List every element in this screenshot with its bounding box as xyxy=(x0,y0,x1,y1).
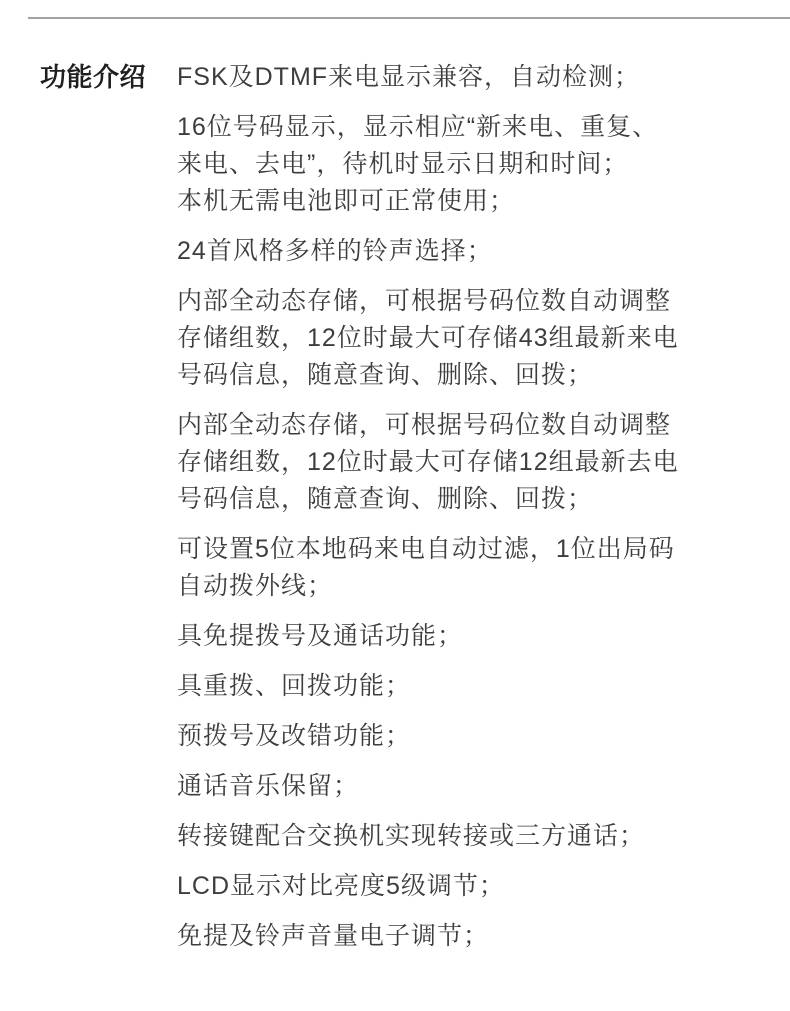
feature-intro-section: 功能介绍 FSK及DTMF来电显示兼容，自动检测； 16位号码显示，显示相应“新… xyxy=(40,59,707,955)
feature-item: LCD显示对比亮度5级调节； xyxy=(177,868,707,905)
feature-item: 转接键配合交换机实现转接或三方通话； xyxy=(177,818,707,855)
section-title: 功能介绍 xyxy=(40,59,177,96)
feature-item: 24首风格多样的铃声选择； xyxy=(177,233,707,270)
feature-item: 通话音乐保留； xyxy=(177,768,707,805)
feature-item: 内部全动态存储，可根据号码位数自动调整 存储组数，12位时最大可存储12组最新去… xyxy=(177,407,707,518)
feature-item: 16位号码显示，显示相应“新来电、重复、 来电、去电”，待机时显示日期和时间； … xyxy=(177,109,707,220)
section-divider xyxy=(28,17,790,19)
feature-item: 内部全动态存储，可根据号码位数自动调整 存储组数，12位时最大可存储43组最新来… xyxy=(177,283,707,394)
feature-item: 预拨号及改错功能； xyxy=(177,718,707,755)
feature-item: FSK及DTMF来电显示兼容，自动检测； xyxy=(177,59,707,96)
feature-item: 具免提拨号及通话功能； xyxy=(177,618,707,655)
product-detail-page: 功能介绍 FSK及DTMF来电显示兼容，自动检测； 16位号码显示，显示相应“新… xyxy=(0,0,790,1011)
feature-item: 免提及铃声音量电子调节； xyxy=(177,918,707,955)
feature-item: 可设置5位本地码来电自动过滤，1位出局码 自动拨外线； xyxy=(177,531,707,605)
feature-list: FSK及DTMF来电显示兼容，自动检测； 16位号码显示，显示相应“新来电、重复… xyxy=(177,59,707,955)
feature-item: 具重拨、回拨功能； xyxy=(177,668,707,705)
